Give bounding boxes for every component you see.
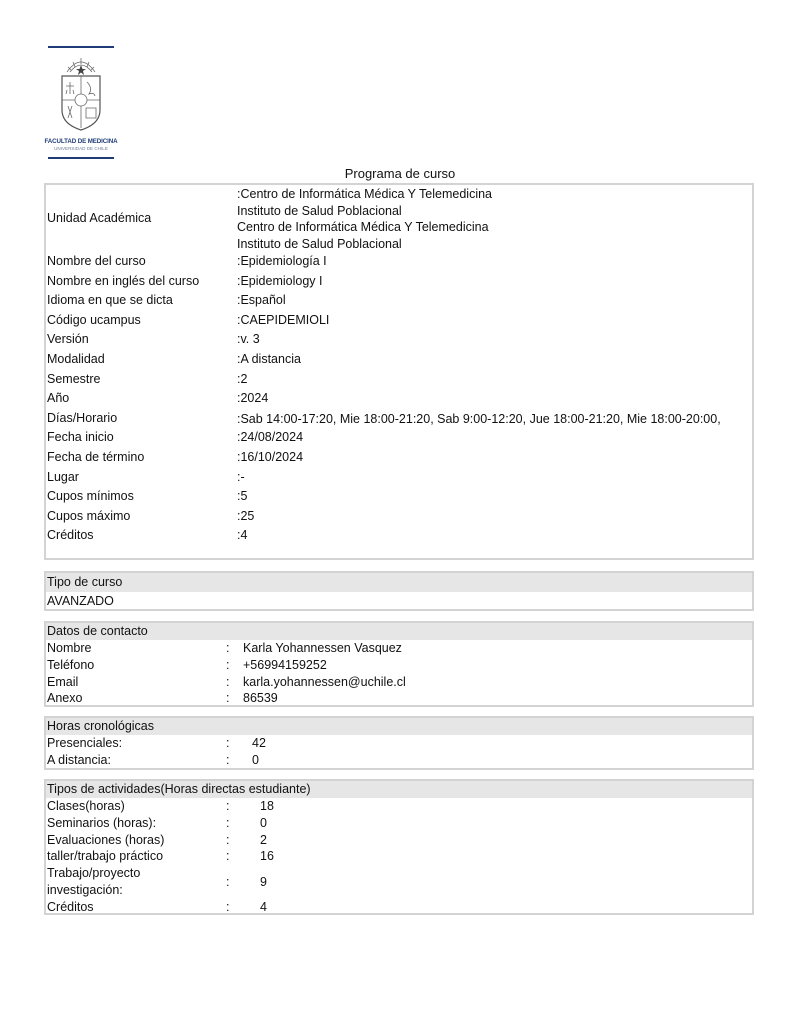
info-row: Nombre del curso:Epidemiología I — [46, 252, 752, 272]
activities-section: Tipos de actividades(Horas directas estu… — [44, 779, 754, 915]
info-label: Fecha inicio — [46, 428, 237, 448]
faculty-logo: FACULTAD DE MEDICINA UNIVERSIDAD DE CHIL… — [44, 46, 118, 158]
info-value: :Epidemiología I — [237, 252, 752, 272]
hours-label: Presenciales: — [46, 735, 226, 752]
contact-label: Email — [46, 674, 226, 691]
contact-row: Teléfono:+56994159252 — [46, 657, 752, 674]
page-title: Programa de curso — [0, 166, 800, 181]
info-row: Días/Horario:Sab 14:00-17:20, Mie 18:00-… — [46, 409, 752, 429]
activity-value: 0 — [260, 815, 752, 832]
activity-row: Clases(horas):18 — [46, 798, 752, 815]
info-label: Fecha de término — [46, 448, 237, 468]
activities-header: Tipos de actividades(Horas directas estu… — [46, 781, 752, 798]
info-row: Lugar:- — [46, 468, 752, 488]
activity-label: Clases(horas) — [46, 798, 226, 815]
contact-colon: : — [226, 690, 243, 707]
info-label: Versión — [46, 330, 237, 350]
activity-label: Trabajo/proyecto investigación: — [46, 865, 226, 899]
info-label: Cupos máximo — [46, 507, 237, 527]
logo-bottom-bar — [48, 157, 114, 159]
course-type-value: AVANZADO — [46, 592, 752, 611]
info-label: Días/Horario — [46, 409, 237, 429]
info-row: Modalidad:A distancia — [46, 350, 752, 370]
info-row: Semestre:2 — [46, 370, 752, 390]
activity-colon: : — [226, 832, 260, 849]
hours-row: Presenciales::42 — [46, 735, 752, 752]
activity-value: 9 — [260, 874, 752, 891]
logo-top-bar — [48, 46, 114, 48]
info-row: Créditos:4 — [46, 526, 752, 546]
activity-colon: : — [226, 815, 260, 832]
activity-label: Evaluaciones (horas) — [46, 832, 226, 849]
activity-row: Trabajo/proyecto investigación::9 — [46, 865, 752, 899]
logo-caption-faculty: FACULTAD DE MEDICINA — [44, 138, 118, 145]
info-label: Cupos mínimos — [46, 487, 237, 507]
info-value: :CAEPIDEMIOLI — [237, 311, 752, 331]
coat-of-arms-icon — [58, 54, 104, 136]
hours-value: 42 — [252, 735, 752, 752]
info-value: :25 — [237, 507, 752, 527]
info-row: Unidad Académica:Centro de Informática M… — [46, 186, 752, 252]
contact-header: Datos de contacto — [46, 623, 752, 640]
contact-section: Datos de contacto Nombre:Karla Yohanness… — [44, 621, 754, 707]
info-value: :A distancia — [237, 350, 752, 370]
activity-colon: : — [226, 874, 260, 891]
activity-label: Créditos — [46, 899, 226, 916]
hours-colon: : — [226, 735, 252, 752]
info-value: :Epidemiology I — [237, 272, 752, 292]
activity-row: Créditos:4 — [46, 899, 752, 916]
info-label: Modalidad — [46, 350, 237, 370]
info-label: Código ucampus — [46, 311, 237, 331]
info-label: Créditos — [46, 526, 237, 546]
contact-colon: : — [226, 657, 243, 674]
activity-value: 16 — [260, 848, 752, 865]
hours-row: A distancia::0 — [46, 752, 752, 769]
info-label: Nombre del curso — [46, 252, 237, 272]
info-value: :5 — [237, 487, 752, 507]
contact-value: 86539 — [243, 690, 752, 707]
info-value: :4 — [237, 526, 752, 546]
contact-colon: : — [226, 640, 243, 657]
info-value: :16/10/2024 — [237, 448, 752, 468]
activity-row: Seminarios (horas)::0 — [46, 815, 752, 832]
info-label: Lugar — [46, 468, 237, 488]
info-value: :24/08/2024 — [237, 428, 752, 448]
contact-label: Anexo — [46, 690, 226, 707]
activity-value: 4 — [260, 899, 752, 916]
activity-colon: : — [226, 798, 260, 815]
logo-caption-university: UNIVERSIDAD DE CHILE — [44, 146, 118, 151]
info-value: :Español — [237, 291, 752, 311]
activity-colon: : — [226, 899, 260, 916]
hours-colon: : — [226, 752, 252, 769]
info-label: Nombre en inglés del curso — [46, 272, 237, 292]
info-row: Código ucampus:CAEPIDEMIOLI — [46, 311, 752, 331]
info-row: Versión:v. 3 — [46, 330, 752, 350]
contact-label: Teléfono — [46, 657, 226, 674]
info-value: :Sab 14:00-17:20, Mie 18:00-21:20, Sab 9… — [237, 411, 752, 427]
activity-colon: : — [226, 848, 260, 865]
info-value: :2024 — [237, 389, 752, 409]
info-label: Año — [46, 389, 237, 409]
contact-value: Karla Yohannessen Vasquez — [243, 640, 752, 657]
hours-section: Horas cronológicas Presenciales::42A dis… — [44, 716, 754, 770]
info-value: :Centro de Informática Médica Y Telemedi… — [237, 186, 752, 252]
general-info-table: Unidad Académica:Centro de Informática M… — [44, 183, 754, 560]
activity-row: taller/trabajo práctico:16 — [46, 848, 752, 865]
course-type-section: Tipo de curso AVANZADO — [44, 571, 754, 611]
contact-colon: : — [226, 674, 243, 691]
info-row: Cupos mínimos:5 — [46, 487, 752, 507]
activity-row: Evaluaciones (horas):2 — [46, 832, 752, 849]
hours-label: A distancia: — [46, 752, 226, 769]
info-label: Semestre — [46, 370, 237, 390]
info-value: :2 — [237, 370, 752, 390]
info-row: Año:2024 — [46, 389, 752, 409]
info-label: Unidad Académica — [46, 209, 237, 229]
activity-label: taller/trabajo práctico — [46, 848, 226, 865]
info-row: Fecha inicio:24/08/2024 — [46, 428, 752, 448]
info-value: :v. 3 — [237, 330, 752, 350]
contact-row: Email:karla.yohannessen@uchile.cl — [46, 674, 752, 691]
info-row: Nombre en inglés del curso:Epidemiology … — [46, 272, 752, 292]
activity-label: Seminarios (horas): — [46, 815, 226, 832]
info-row: Fecha de término:16/10/2024 — [46, 448, 752, 468]
hours-header: Horas cronológicas — [46, 718, 752, 735]
contact-label: Nombre — [46, 640, 226, 657]
contact-row: Nombre:Karla Yohannessen Vasquez — [46, 640, 752, 657]
activity-value: 18 — [260, 798, 752, 815]
info-label: Idioma en que se dicta — [46, 291, 237, 311]
info-row: Idioma en que se dicta:Español — [46, 291, 752, 311]
info-row: Cupos máximo:25 — [46, 507, 752, 527]
info-value: :- — [237, 468, 752, 488]
course-type-header: Tipo de curso — [46, 573, 752, 592]
contact-row: Anexo:86539 — [46, 690, 752, 707]
hours-value: 0 — [252, 752, 752, 769]
contact-value: +56994159252 — [243, 657, 752, 674]
activity-value: 2 — [260, 832, 752, 849]
contact-email: karla.yohannessen@uchile.cl — [243, 674, 752, 691]
